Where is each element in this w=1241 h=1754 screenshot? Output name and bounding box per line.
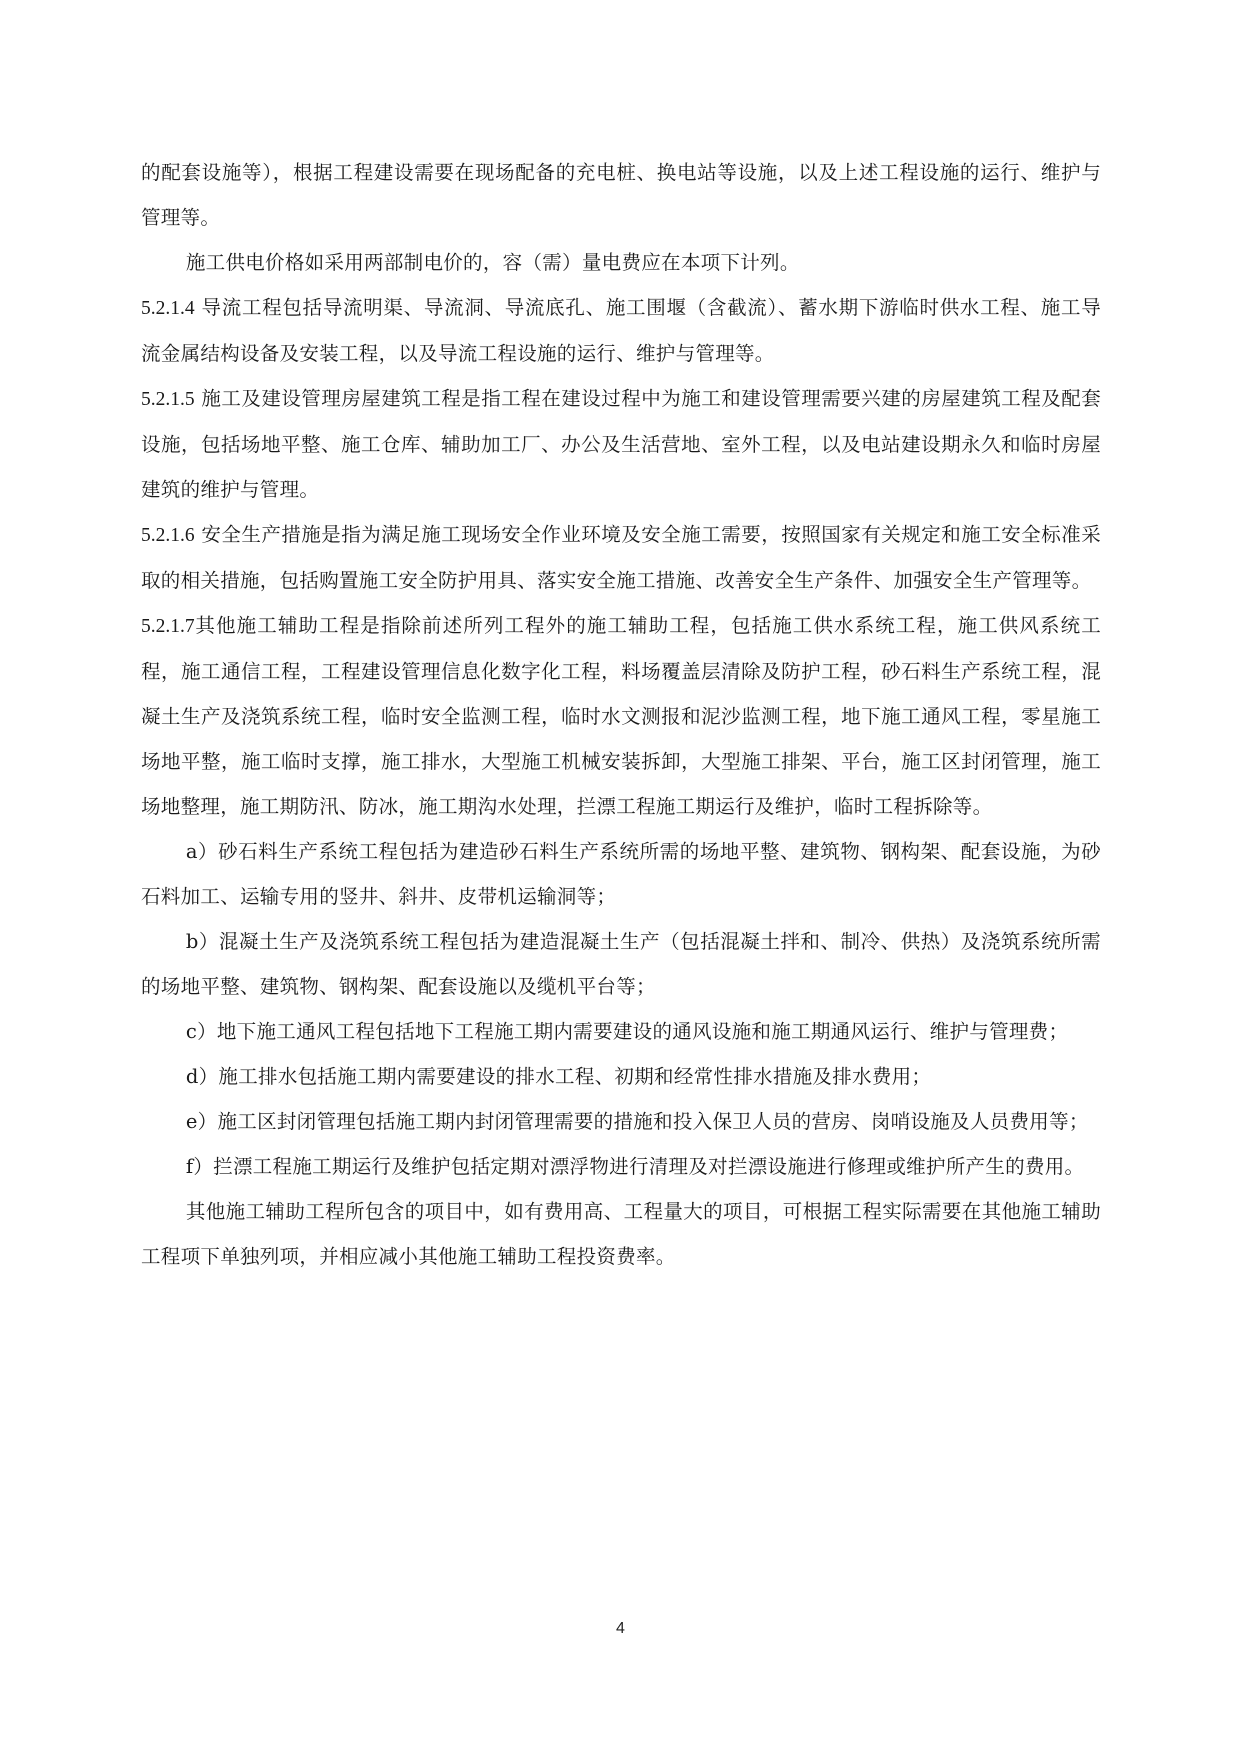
clause-5-2-1-7: 5.2.1.7其他施工辅助工程是指除前述所列工程外的施工辅助工程，包括施工供水系… [141,603,1101,829]
page-number: 4 [0,1620,1241,1638]
list-item-c: c）地下施工通风工程包括地下工程施工期内需要建设的通风设施和施工期通风运行、维护… [141,1009,1101,1054]
clause-number: 5.2.1.4 [141,298,195,319]
list-item-f: f）拦漂工程施工期运行及维护包括定期对漂浮物进行清理及对拦漂设施进行修理或维护所… [141,1144,1101,1189]
clause-5-2-1-4: 5.2.1.4 导流工程包括导流明渠、导流洞、导流底孔、施工围堰（含截流）、蓄水… [141,285,1101,376]
paragraph-power-price-note: 施工供电价格如采用两部制电价的，容（需）量电费应在本项下计列。 [141,240,1101,285]
clause-text: 施工及建设管理房屋建筑工程是指工程在建设过程中为施工和建设管理需要兴建的房屋建筑… [141,387,1101,501]
document-page: 的配套设施等），根据工程建设需要在现场配备的充电桩、换电站等设施，以及上述工程设… [0,0,1241,1754]
clause-text: 其他施工辅助工程是指除前述所列工程外的施工辅助工程，包括施工供水系统工程，施工供… [141,614,1101,818]
clause-5-2-1-6: 5.2.1.6 安全生产措施是指为满足施工现场安全作业环境及安全施工需要，按照国… [141,512,1101,603]
clause-text: 安全生产措施是指为满足施工现场安全作业环境及安全施工需要，按照国家有关规定和施工… [141,523,1101,592]
clause-number: 5.2.1.7 [141,616,195,637]
list-item-d: d）施工排水包括施工期内需要建设的排水工程、初期和经常性排水措施及排水费用； [141,1054,1101,1099]
paragraph-continuation: 的配套设施等），根据工程建设需要在现场配备的充电桩、换电站等设施，以及上述工程设… [141,150,1101,240]
clause-number: 5.2.1.5 [141,389,195,410]
list-item-b: b）混凝土生产及浇筑系统工程包括为建造混凝土生产（包括混凝土拌和、制冷、供热）及… [141,919,1101,1009]
clause-number: 5.2.1.6 [141,525,195,546]
body-text: 的配套设施等），根据工程建设需要在现场配备的充电桩、换电站等设施，以及上述工程设… [141,150,1101,1279]
list-item-a: a）砂石料生产系统工程包括为建造砂石料生产系统所需的场地平整、建筑物、钢构架、配… [141,829,1101,919]
clause-text: 导流工程包括导流明渠、导流洞、导流底孔、施工围堰（含截流）、蓄水期下游临时供水工… [141,296,1101,365]
list-item-e: e）施工区封闭管理包括施工期内封闭管理需要的措施和投入保卫人员的营房、岗哨设施及… [141,1099,1101,1144]
clause-5-2-1-5: 5.2.1.5 施工及建设管理房屋建筑工程是指工程在建设过程中为施工和建设管理需… [141,376,1101,512]
paragraph-closing-note: 其他施工辅助工程所包含的项目中，如有费用高、工程量大的项目，可根据工程实际需要在… [141,1189,1101,1279]
